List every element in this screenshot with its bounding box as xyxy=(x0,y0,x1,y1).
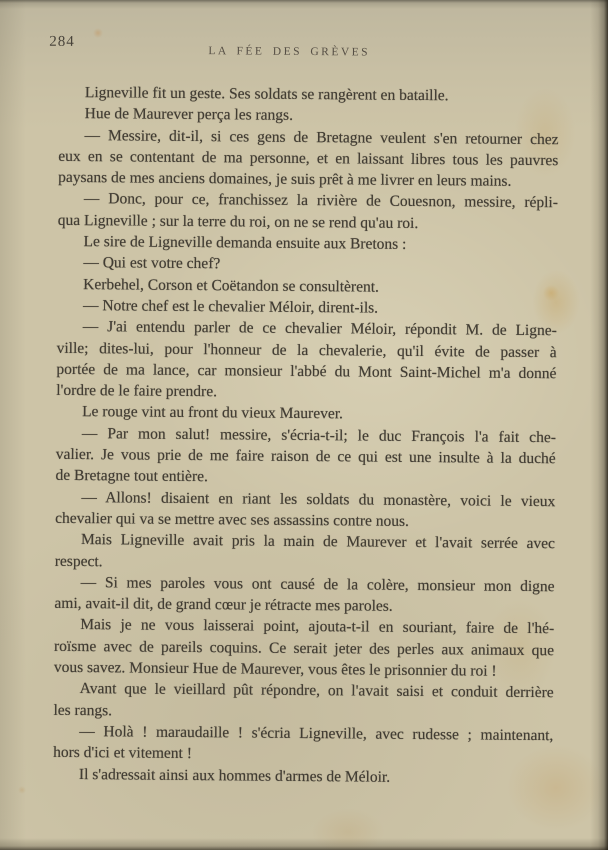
page-content: 284 LA FÉE DES GRÈVES Ligneville fit un … xyxy=(0,0,608,850)
scanned-book-page: 284 LA FÉE DES GRÈVES Ligneville fit un … xyxy=(0,0,608,850)
text-block: Ligneville fit un geste. Ses soldats se … xyxy=(53,82,559,789)
text-line: Mais Ligneville avait pris la main de Ma… xyxy=(55,529,555,555)
running-title: LA FÉE DES GRÈVES xyxy=(39,44,539,60)
text-line: Il s'adressait ainsi aux hommes d'armes … xyxy=(53,763,553,789)
page-header: 284 LA FÉE DES GRÈVES xyxy=(59,34,559,68)
text-line: Avant que le vieillard pût répondre, on … xyxy=(54,678,554,704)
